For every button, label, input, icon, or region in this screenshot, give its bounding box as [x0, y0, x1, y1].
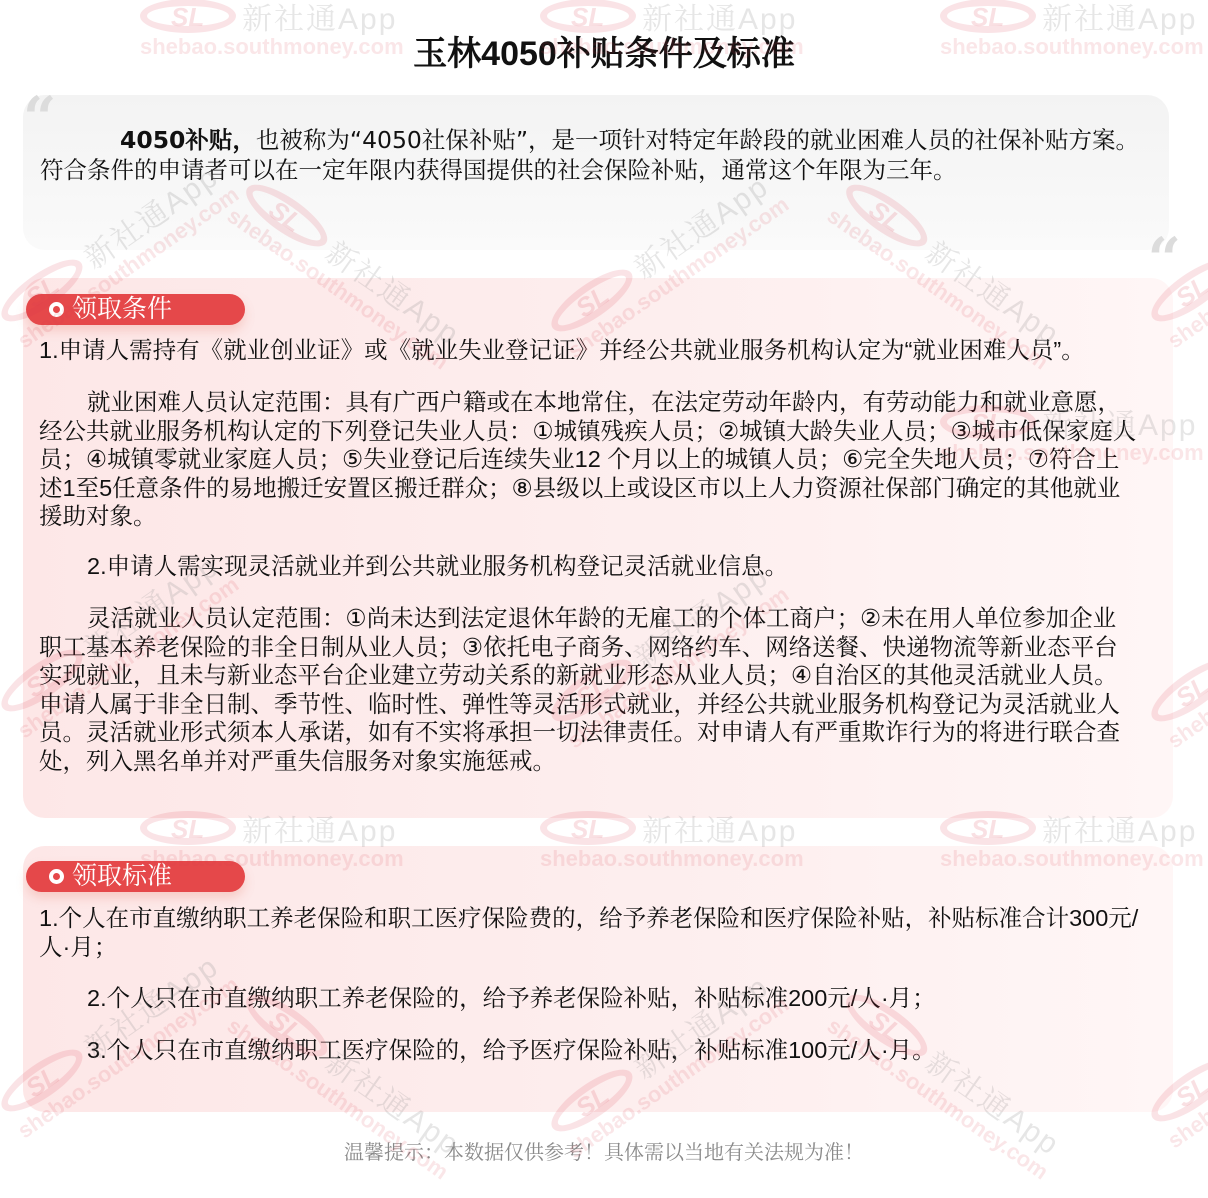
page-title: 玉林4050补贴条件及标准 [0, 26, 1208, 75]
intro-paragraph: 4050补贴，也被称为“4050社保补贴”，是一项针对特定年龄段的就业困难人员的… [40, 125, 1150, 185]
standard-paragraph-2: 2.个人只在市直缴纳职工养老保险的，给予养老保险补贴，补贴标准200元/人·月； [39, 984, 1139, 1013]
condition-paragraph-4: 灵活就业人员认定范围：①尚未达到法定退休年龄的无雇工的个体工商户；②未在用人单位… [39, 604, 1139, 775]
condition-paragraph-1: 1.申请人需持有《就业创业证》或《就业失业登记证》并经公共就业服务机构认定为“就… [39, 336, 1139, 365]
standard-paragraph-1: 1.个人在市直缴纳职工养老保险和职工医疗保险费的，给予养老保险和医疗保险补贴，补… [39, 904, 1139, 961]
conditions-heading: 领取条件 [26, 294, 245, 325]
circle-bullet-icon [49, 869, 64, 884]
standards-heading-label: 领取标准 [72, 862, 172, 890]
standards-heading: 领取标准 [26, 861, 245, 892]
intro-box: “ “ 4050补贴，也被称为“4050社保补贴”，是一项针对特定年龄段的就业困… [23, 95, 1169, 250]
intro-bold-lead: 4050补贴， [120, 126, 256, 154]
condition-paragraph-2: 就业困难人员认定范围：具有广西户籍或在本地常住，在法定劳动年龄内，有劳动能力和就… [39, 388, 1139, 531]
footer-notice: 温馨提示：本数据仅供参考！具体需以当地有关法规为准！ [0, 1136, 1208, 1165]
circle-bullet-icon [49, 302, 64, 317]
condition-paragraph-3: 2.申请人需实现灵活就业并到公共就业服务机构登记灵活就业信息。 [39, 552, 1139, 581]
conditions-card: 领取条件 1.申请人需持有《就业创业证》或《就业失业登记证》并经公共就业服务机构… [23, 278, 1173, 818]
standard-paragraph-3: 3.个人只在市直缴纳职工医疗保险的，给予医疗保险补贴，补贴标准100元/人·月。 [39, 1036, 1139, 1065]
standards-card: 领取标准 1.个人在市直缴纳职工养老保险和职工医疗保险费的，给予养老保险和医疗保… [23, 846, 1173, 1112]
conditions-heading-label: 领取条件 [72, 295, 172, 323]
